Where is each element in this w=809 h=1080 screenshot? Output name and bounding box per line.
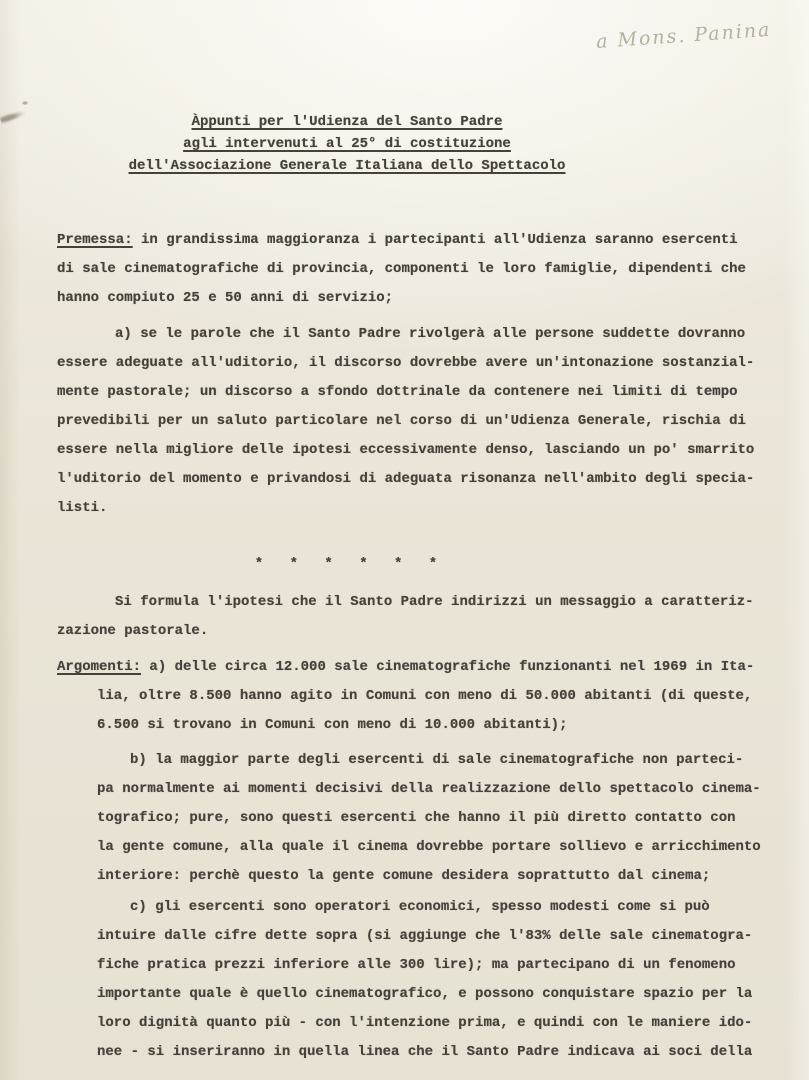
title-line-3: dell'Associazione Generale Italiana dell…	[57, 155, 637, 177]
paper-stain-mark	[0, 108, 27, 125]
paragraph-a: a) se le parole che il Santo Padre rivol…	[57, 320, 773, 523]
paper-stain-mark	[22, 101, 28, 105]
paragraph-text: in grandissima maggioranza i partecipant…	[57, 232, 746, 306]
paragraph-text: a) delle circa 12.000 sale cinematografi…	[97, 659, 754, 733]
paragraph-text: a) se le parole che il Santo Padre rivol…	[57, 326, 754, 516]
paragraph-argomenti: Argomenti: a) delle circa 12.000 sale ci…	[97, 653, 773, 740]
paragraph-lead: Premessa:	[57, 232, 133, 248]
asterisk-separator: * * * * * *	[57, 550, 637, 579]
paragraph-b: b) la maggior parte degli esercenti di s…	[97, 746, 773, 891]
handwritten-note: a Mons. Panina	[595, 17, 796, 53]
paragraph-lead: Argomenti:	[57, 659, 141, 675]
paragraph-c: c) gli esercenti sono operatori economic…	[97, 893, 773, 1067]
paragraph-premessa: Premessa: in grandissima maggioranza i p…	[57, 226, 773, 313]
paragraph-text: c) gli esercenti sono operatori economic…	[97, 899, 752, 1060]
document-body: Premessa: in grandissima maggioranza i p…	[57, 226, 773, 1067]
paragraph-text: b) la maggior parte degli esercenti di s…	[97, 752, 761, 884]
paragraph-ipotesi: Si formula l'ipotesi che il Santo Padre …	[57, 588, 773, 646]
paragraph-text: Si formula l'ipotesi che il Santo Padre …	[57, 594, 754, 639]
document-page: a Mons. Panina Àppunti per l'Udienza del…	[0, 0, 809, 1080]
document-title: Àppunti per l'Udienza del Santo Padre ag…	[57, 111, 637, 177]
title-line-1: Àppunti per l'Udienza del Santo Padre	[57, 111, 637, 133]
title-line-2: agli intervenuti al 25° di costituzione	[57, 133, 637, 155]
